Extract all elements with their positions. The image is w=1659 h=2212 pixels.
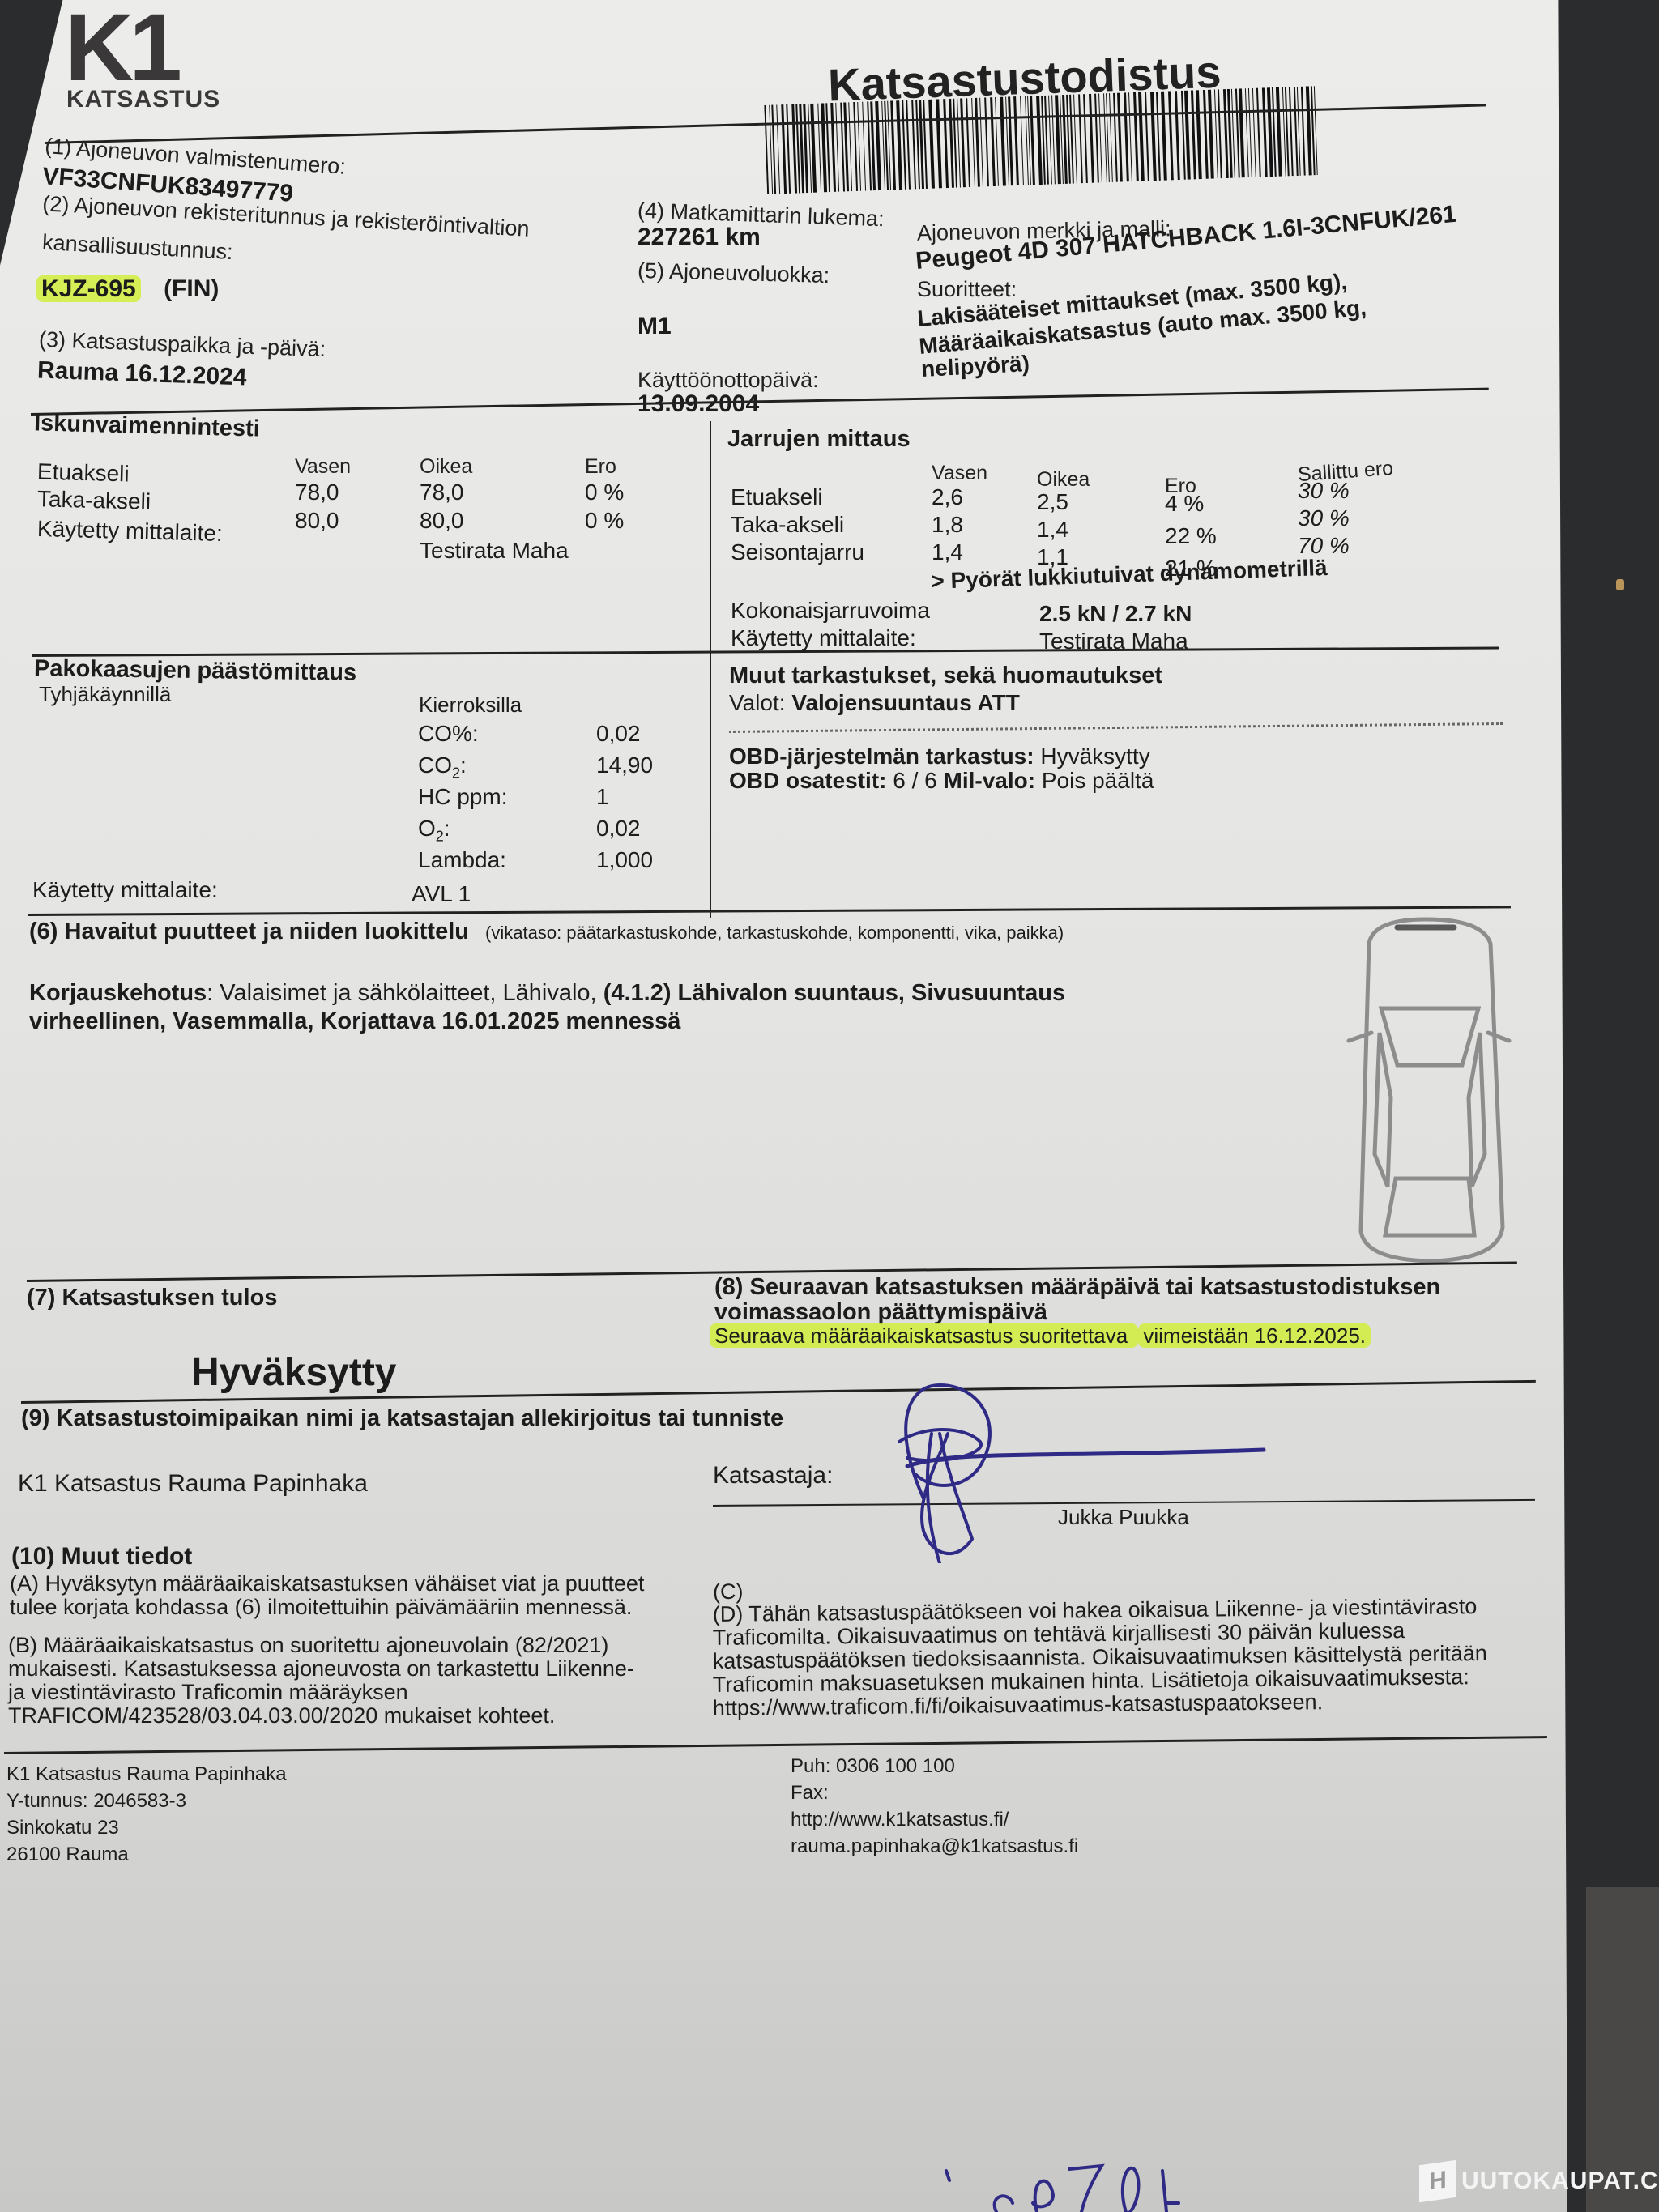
barcode-icon [764, 86, 1317, 194]
emission-label: CO2: [418, 752, 467, 782]
next-inspection-highlight-1: Seuraava määräaikaiskatsastus suoritetta… [710, 1323, 1138, 1348]
vehicle-class-value: M1 [638, 313, 672, 340]
shock-device-label: Käytetty mittalaite: [37, 516, 224, 547]
shock-front-diff: 0 % [585, 479, 624, 505]
next-inspection-text: Seuraava määräaikaiskatsastus suoritetta… [710, 1323, 1371, 1349]
footer-line: 26100 Rauma [6, 1841, 287, 1868]
emission-value: 1 [596, 784, 609, 810]
other-info-a-2: tulee korjata kohdassa (6) ilmoitettuihi… [10, 1595, 632, 1620]
shock-col-left: Vasen [295, 455, 351, 479]
brake-total-label: Kokonaisjarruvoima [731, 598, 930, 624]
brake-note: > Pyörät lukkiutuivat dynamometrillä [931, 555, 1328, 595]
emission-label: Lambda: [418, 847, 506, 873]
inspection-place-label: (3) Katsastuspaikka ja -päivä: [39, 327, 326, 362]
other-info-a-1: (A) Hyväksytyn määräaikaiskatsastuksen v… [10, 1571, 644, 1596]
emissions-device-label: Käytetty mittalaite: [32, 877, 218, 903]
inspection-place-date: Rauma 16.12.2024 [36, 356, 247, 391]
brake-cell: 1,8 [932, 512, 963, 538]
emissions-rpm-label: Kierroksilla [419, 693, 522, 718]
shock-front-right: 78,0 [420, 479, 464, 505]
footer-link[interactable]: rauma.papinhaka@k1katsastus.fi [791, 1833, 1078, 1860]
mil-label: Mil-valo: [944, 768, 1036, 793]
other-info-b-1: (B) Määräaikaiskatsastus on suoritettu a… [8, 1633, 608, 1658]
brake-test-title: Jarrujen mittaus [727, 426, 911, 453]
divider [28, 906, 1511, 916]
footer-link[interactable]: http://www.k1katsastus.fi/ [791, 1806, 1078, 1833]
brake-cell: 1,4 [932, 539, 963, 565]
other-info-b-2: mukaisesti. Katsastuksessa ajoneuvosta o… [8, 1656, 634, 1681]
emission-label: CO%: [418, 721, 479, 747]
obd-row: OBD-järjestelmän tarkastus: Hyväksytty [729, 744, 1150, 769]
other-info-c: (C) [713, 1579, 743, 1605]
emission-label: HC ppm: [418, 784, 507, 810]
defect-line-1: Korjauskehotus: Valaisimet ja sähkölaitt… [29, 980, 1065, 1007]
watermark: H UUTOKAUPAT.COM [1419, 2163, 1659, 2200]
other-info-b-4: TRAFICOM/423528/03.04.03.00/2020 mukaise… [8, 1703, 555, 1728]
brake-cell: 22 % [1165, 523, 1217, 549]
shock-front-left: 78,0 [295, 479, 339, 505]
next-inspection-title-line1: (8) Seuraavan katsastuksen määräpäivä ta… [714, 1274, 1440, 1301]
obd-tests-label: OBD osatestit: [729, 768, 886, 793]
other-info-title: (10) Muut tiedot [11, 1543, 192, 1571]
huutokaupat-logo-icon: H [1419, 2160, 1456, 2202]
defect-detail: (4.1.2) Lähivalon suuntaus, Sivusuuntaus [603, 980, 1065, 1006]
handwritten-note-icon [932, 2146, 1256, 2212]
obd-tests-value: 6 / 6 [893, 768, 936, 793]
vehicle-class-label: (5) Ajoneuvoluokka: [638, 258, 830, 288]
dotted-divider [729, 722, 1503, 733]
column-divider [710, 421, 711, 918]
defect-line-2: virheellinen, Vasemmalla, Korjattava 16.… [29, 1008, 680, 1035]
footer-address: K1 Katsastus Rauma PapinhakaY-tunnus: 20… [6, 1761, 287, 1868]
shock-rear-diff: 0 % [585, 508, 624, 534]
footer-contact: Puh: 0306 100 100Fax:http://www.k1katsas… [791, 1753, 1078, 1860]
result-value: Hyväksytty [191, 1350, 397, 1395]
obd-label: OBD-järjestelmän tarkastus: [729, 744, 1034, 769]
mil-value: Pois päältä [1042, 768, 1154, 793]
emission-value: 0,02 [596, 816, 641, 842]
brake-total-value: 2.5 kN / 2.7 kN [1039, 601, 1192, 627]
emission-value: 0,02 [596, 721, 641, 747]
station-name: K1 Katsastus Rauma Papinhaka [18, 1470, 368, 1498]
footer-line: Puh: 0306 100 100 [791, 1753, 1078, 1779]
brake-row-label: Seisontajarru [731, 539, 864, 565]
brake-device-label: Käytetty mittalaite: [731, 625, 916, 651]
registration-value: KJZ-695 (FIN) [36, 275, 219, 303]
defects-subtitle: (vikataso: päätarkastuskohde, tarkastusk… [485, 923, 1064, 943]
registration-label-cont: kansallisuustunnus: [41, 230, 233, 265]
registration-plate: KJZ-695 [36, 275, 141, 302]
brake-cell: 30 % [1298, 478, 1350, 504]
odometer-value: 227261 km [638, 224, 761, 251]
other-checks-title: Muut tarkastukset, sekä huomautukset [729, 663, 1162, 689]
shock-col-right: Oikea [420, 455, 472, 479]
brake-row-label: Taka-akseli [731, 512, 844, 538]
lights-row: Valot: Valojensuuntaus ATT [729, 690, 1020, 716]
lights-label: Valot: [729, 690, 786, 715]
debris-speck [1616, 579, 1624, 590]
inspection-certificate: K1 KATSASTUS Katsastustodistus (1) Ajone… [0, 0, 1567, 2212]
k1-logo-mark: K1 [65, 0, 177, 96]
brake-cell: 30 % [1298, 505, 1350, 531]
shock-test-title: Iskunvaimennintesti [34, 410, 261, 442]
obd-tests-row: OBD osatestit: 6 / 6 Mil-valo: Pois pääl… [729, 768, 1154, 794]
other-info-b-3: ja viestintävirasto Traficomin määräykse… [8, 1680, 408, 1705]
footer-line: Sinkokatu 23 [6, 1814, 287, 1841]
divider [4, 1736, 1547, 1754]
footer-line: K1 Katsastus Rauma Papinhaka [6, 1761, 287, 1788]
first-use-label: Käyttöönottopäivä: [638, 368, 819, 393]
emission-value: 14,90 [596, 752, 653, 778]
brake-cell: 1,4 [1037, 517, 1068, 543]
services-line-3: nelipyörä) [920, 351, 1030, 382]
brake-cell: 2,5 [1037, 489, 1068, 515]
k1-logo-subtitle: KATSASTUS [66, 86, 220, 113]
shock-row-label: Etuakseli [37, 459, 130, 488]
signature-section-title: (9) Katsastustoimipaikan nimi ja katsast… [21, 1405, 783, 1432]
car-top-view-icon [1341, 911, 1515, 1268]
shock-row-label: Taka-akseli [37, 486, 151, 515]
traficom-link[interactable]: https://www.traficom.fi/fi/oikaisuvaatim… [713, 1690, 1324, 1721]
watermark-text: UUTOKAUPAT.COM [1461, 2167, 1659, 2195]
defect-type: Korjauskehotus [29, 980, 207, 1006]
brake-col-right: Oikea [1037, 468, 1090, 492]
shock-rear-left: 80,0 [295, 508, 339, 534]
emission-value: 1,000 [596, 847, 653, 873]
next-inspection-title-line2: voimassaolon päättymispäivä [714, 1299, 1047, 1326]
signature-scribble-icon [842, 1377, 1296, 1563]
shock-col-diff: Ero [585, 455, 616, 479]
defects-title: (6) Havaitut puutteet ja niiden luokitte… [29, 918, 1064, 945]
brake-col-left: Vasen [932, 462, 987, 485]
brake-cell: 2,6 [932, 484, 963, 510]
defects-title-text: (6) Havaitut puutteet ja niiden luokitte… [29, 918, 469, 944]
shock-rear-right: 80,0 [420, 508, 464, 534]
footer-line: Y-tunnus: 2046583-3 [6, 1788, 287, 1814]
result-title: (7) Katsastuksen tulos [27, 1285, 277, 1311]
obd-value: Hyväksytty [1040, 744, 1149, 769]
shock-device-value: Testirata Maha [420, 538, 569, 564]
brake-row-label: Etuakseli [731, 484, 823, 510]
emissions-device-value: AVL 1 [412, 881, 471, 907]
footer-line: Fax: [791, 1779, 1078, 1806]
brake-cell: 4 % [1165, 491, 1204, 517]
emission-label: O2: [418, 816, 450, 846]
defect-component: : Valaisimet ja sähkölaitteet, Lähivalo, [207, 980, 603, 1006]
lights-value: Valojensuuntaus ATT [791, 690, 1020, 715]
country-code: (FIN) [164, 275, 219, 302]
emissions-idle-label: Tyhjäkäynnillä [39, 682, 171, 707]
inspector-label: Katsastaja: [713, 1462, 833, 1490]
next-inspection-deadline: viimeistään 16.12.2025. [1138, 1323, 1371, 1348]
